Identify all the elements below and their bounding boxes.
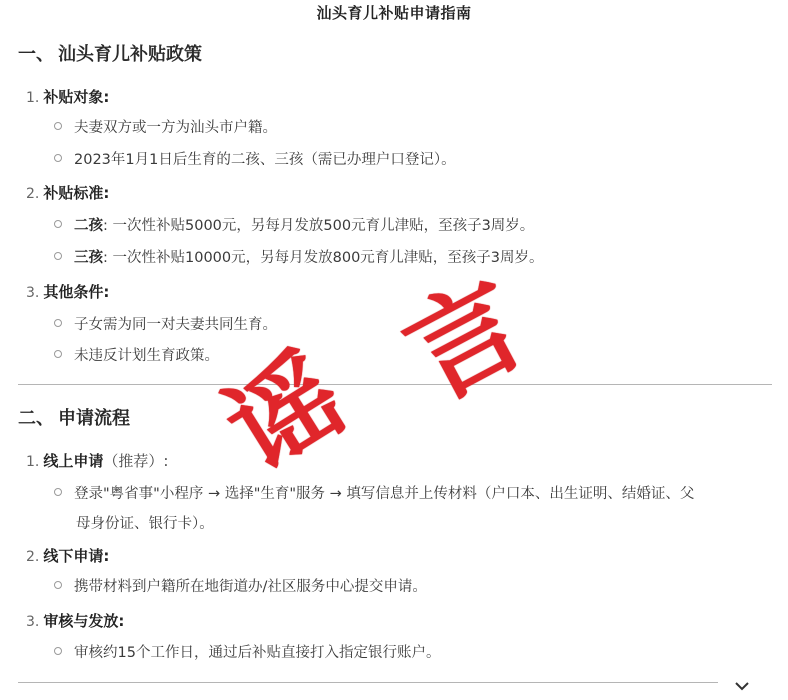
section-title: 申请流程	[58, 408, 130, 429]
item-heading-subsidy-target: 1.补贴对象:	[26, 86, 109, 107]
list-item: 子女需为同一对夫妻共同生育。	[54, 311, 277, 339]
item-heading-subsidy-standard: 2.补贴标准:	[26, 182, 109, 203]
section-heading-policy: 一、汕头育儿补贴政策	[18, 40, 202, 66]
list-item: 二孩: 一次性补贴5000元，另每月发放500元育儿津贴，至孩子3周岁。	[54, 212, 534, 240]
bullet-icon	[54, 647, 62, 655]
bullet-icon	[54, 122, 62, 130]
section-divider	[18, 384, 772, 385]
bullet-icon	[54, 488, 62, 496]
list-item: 登录"粤省事"小程序 → 选择"生育"服务 → 填写信息并上传材料（户口本、出生…	[54, 480, 694, 508]
item-heading-offline-apply: 2.线下申请:	[26, 545, 109, 566]
rumor-stamp-char-2: 言	[390, 265, 541, 416]
rumor-stamp-char-1: 谣	[212, 340, 361, 489]
section-title: 汕头育儿补贴政策	[58, 44, 202, 65]
list-item-continuation: 母身份证、银行卡）。	[76, 512, 214, 533]
section-number: 一、	[18, 44, 54, 65]
section-heading-process: 二、申请流程	[18, 404, 130, 430]
item-heading-other-conditions: 3.其他条件:	[26, 281, 109, 302]
item-heading-review-payout: 3.审核与发放:	[26, 610, 124, 631]
document-title: 汕头育儿补贴申请指南	[0, 2, 788, 23]
bullet-icon	[54, 319, 62, 327]
list-item: 携带材料到户籍所在地街道办/社区服务中心提交申请。	[54, 573, 427, 601]
bullet-icon	[54, 350, 62, 358]
bullet-icon	[54, 581, 62, 589]
bullet-icon	[54, 154, 62, 162]
list-item: 夫妻双方或一方为汕头市户籍。	[54, 114, 277, 142]
chevron-down-icon[interactable]	[734, 678, 750, 692]
section-number: 二、	[18, 408, 54, 429]
item-heading-online-apply: 1.线上申请（推荐）:	[26, 450, 168, 471]
bullet-icon	[54, 252, 62, 260]
list-item: 审核约15个工作日，通过后补贴直接打入指定银行账户。	[54, 639, 440, 667]
bottom-divider	[18, 682, 718, 683]
bullet-icon	[54, 220, 62, 228]
list-item: 未违反计划生育政策。	[54, 342, 219, 370]
list-item: 2023年1月1日后生育的二孩、三孩（需已办理户口登记）。	[54, 146, 456, 174]
